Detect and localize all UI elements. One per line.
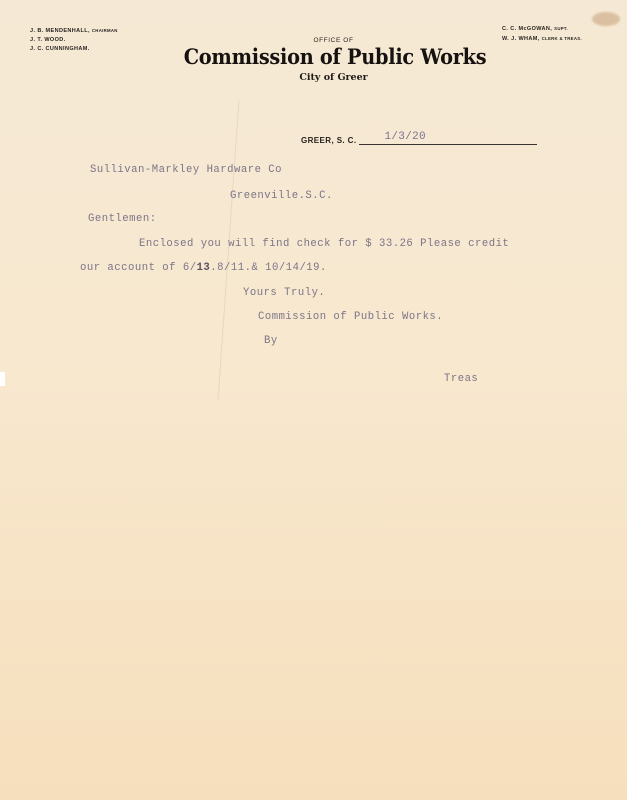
letterhead-title: Commission of Public Works bbox=[28, 44, 605, 69]
overstruck-text: 13 bbox=[197, 262, 211, 274]
paper-crease bbox=[218, 100, 240, 399]
closing: Yours Truly. bbox=[243, 287, 325, 299]
dateline-label: GREER, S. C. bbox=[301, 136, 356, 145]
date-field: 1/3/20 bbox=[359, 133, 537, 145]
signature-title: Treas bbox=[444, 373, 478, 385]
body-line-1: Enclosed you will find check for $ 33.26… bbox=[139, 238, 509, 250]
date-value: 1/3/20 bbox=[384, 131, 425, 143]
address-city: Greenville.S.C. bbox=[230, 190, 333, 202]
body-line-2: our account of 6/13.8/11.& 10/14/19. bbox=[80, 262, 327, 274]
paper-stain bbox=[592, 12, 620, 26]
salutation: Gentlemen: bbox=[88, 213, 157, 225]
signature-org: Commission of Public Works. bbox=[258, 311, 443, 323]
letterhead-city: City of Greer bbox=[0, 72, 627, 83]
dateline: GREER, S. C. 1/3/20 bbox=[301, 133, 537, 145]
officer-1: J. B. MENDENHALL, CHAIRMAN bbox=[30, 26, 118, 36]
signature-by: By bbox=[264, 335, 278, 347]
letter-page: J. B. MENDENHALL, CHAIRMAN J. T. WOOD. J… bbox=[0, 0, 627, 800]
office-of-label: OFFICE OF bbox=[0, 37, 627, 44]
officer-supt: C. C. McGOWAN, SUPT. bbox=[502, 24, 582, 34]
paper-edge-tear bbox=[0, 372, 5, 386]
addressee: Sullivan-Markley Hardware Co bbox=[90, 164, 282, 176]
